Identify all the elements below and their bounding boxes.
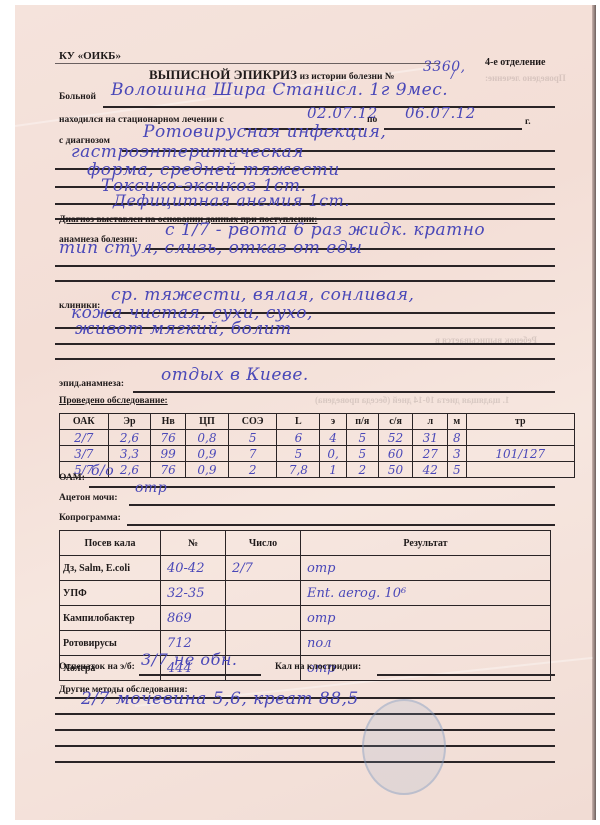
epid-rule <box>133 391 555 393</box>
culture-cell-result: пол <box>301 631 551 656</box>
blood-test-cell: 27 <box>413 446 448 462</box>
department-label: 4-е отделение <box>485 57 545 68</box>
blood-test-cell: 0,9 <box>186 462 229 478</box>
blood-test-column-header: СОЭ <box>228 414 277 430</box>
blood-test-column-header: п/я <box>346 414 378 430</box>
culture-column-header: Результат <box>301 531 551 556</box>
culture-cell-num: 869 <box>161 606 226 631</box>
other-methods-rule <box>55 745 555 747</box>
blood-test-column-header: ОАК <box>60 414 109 430</box>
blood-test-cell: 0, <box>320 446 347 462</box>
culture-cell-result: отр <box>301 606 551 631</box>
blood-test-column-header: л <box>413 414 448 430</box>
blood-test-cell: 2 <box>228 462 277 478</box>
bleed-through-text: 1. щадящая диета 10-14 дней (беседа пров… <box>315 395 509 405</box>
blood-test-cell: 0,8 <box>186 430 229 446</box>
blood-test-cell: 31 <box>413 430 448 446</box>
blood-test-column-header: м <box>448 414 466 430</box>
other-methods-rule <box>55 761 555 763</box>
blood-test-cell: 5 <box>346 446 378 462</box>
blood-test-cell: 2,6 <box>108 430 151 446</box>
clinic-rule <box>55 343 555 345</box>
blood-test-column-header: ЦП <box>186 414 229 430</box>
imprint-value: 3/7 не обн. <box>141 650 237 669</box>
stool-culture-table: Посев кала№ЧислоРезультат Дз, Salm, E.co… <box>59 530 551 681</box>
bleed-through-text: Проведено лечение: <box>485 73 566 83</box>
anamnesis-rule <box>55 280 555 282</box>
blood-test-cell: 3,3 <box>108 446 151 462</box>
blood-test-cell: 5 <box>228 430 277 446</box>
culture-row: Кампилобактер869отр <box>60 606 551 631</box>
blood-test-cell: 60 <box>378 446 413 462</box>
blood-test-cell: 2,6 <box>108 462 151 478</box>
culture-cell-date <box>226 581 301 606</box>
culture-cell-name: Кампилобактер <box>60 606 161 631</box>
other-methods-rule <box>55 729 555 731</box>
blood-test-cell: 99 <box>151 446 186 462</box>
blood-test-column-header: тр <box>466 414 574 430</box>
anamnesis-line: тип стул, слизь, отказ от еды <box>59 238 362 258</box>
acetone-rule <box>129 504 555 506</box>
blood-test-column-header: с/я <box>378 414 413 430</box>
blood-test-cell: 3/7 <box>60 446 109 462</box>
blood-test-cell: 5 <box>277 446 320 462</box>
acetone-value: отр <box>135 480 167 496</box>
culture-cell-date: 2/7 <box>226 556 301 581</box>
blood-test-cell: 6 <box>277 430 320 446</box>
blood-test-cell: 2/7 <box>60 430 109 446</box>
header-divider <box>55 63 440 64</box>
blood-test-cell: 7 <box>228 446 277 462</box>
oam-value: б/о <box>91 463 114 479</box>
clostridia-rule <box>377 674 555 676</box>
history-number: 3360, <box>423 59 466 75</box>
diagnosis-line: гастроэнтеритическая <box>71 142 304 162</box>
blood-test-column-header: э <box>320 414 347 430</box>
patient-label: Больной <box>59 92 96 102</box>
imprint-rule <box>139 674 261 676</box>
blood-test-column-header: L <box>277 414 320 430</box>
culture-row: УПФ32-35Ent. aerog. 10⁶ <box>60 581 551 606</box>
blood-test-cell <box>466 430 574 446</box>
diagnosis-line: Дефицитная анемия 1ст. <box>113 191 350 210</box>
diagnosis-line: Ротовирусная инфекция, <box>143 122 386 142</box>
epid-label: эпид.анамнеза: <box>59 379 124 389</box>
year-suffix: г. <box>525 117 531 127</box>
culture-column-header: Посев кала <box>60 531 161 556</box>
patient-name: Волошина Шира Станисл. 1г 9мес. <box>111 80 448 100</box>
culture-cell-num: 32-35 <box>161 581 226 606</box>
anamnesis-rule <box>55 265 555 267</box>
culture-cell-result: Ent. aerog. 10⁶ <box>301 581 551 606</box>
blood-test-cell: 4 <box>320 430 347 446</box>
other-methods-line: 2/7 мочевина 5,6, креат 88,5 <box>81 689 359 709</box>
blood-test-cell: 52 <box>378 430 413 446</box>
anamnesis-line: с 1/7 - рвота 6 раз жидк. кратно <box>165 220 485 240</box>
blood-test-table: ОАКЭрНвЦПСОЭLэп/яс/ялмтр 2/72,6760,85645… <box>59 413 575 478</box>
blood-test-row: 2/72,6760,8564552318 <box>60 430 575 446</box>
document-page: Проведено лечение: Ребенок выписывается … <box>15 5 596 820</box>
blood-test-cell: 101/127 <box>466 446 574 462</box>
institution-name: КУ «ОИКБ» <box>59 50 121 62</box>
other-methods-rule <box>55 713 555 715</box>
blood-test-cell: 42 <box>413 462 448 478</box>
blood-test-column-header: Эр <box>108 414 151 430</box>
blood-test-cell: 5 <box>448 462 466 478</box>
blood-test-cell: 0,9 <box>186 446 229 462</box>
culture-column-header: Число <box>226 531 301 556</box>
imprint-label: Отпечаток на э/б: <box>59 662 135 672</box>
clinic-rule <box>55 358 555 360</box>
culture-row: Ротовирусы712пол <box>60 631 551 656</box>
epid-value: отдых в Киеве. <box>161 365 309 385</box>
blood-test-cell: 2 <box>346 462 378 478</box>
clinic-line: ср. тяжести, вялая, сонливая, <box>111 285 414 305</box>
culture-row: Дз, Salm, E.coli40-422/7отр <box>60 556 551 581</box>
history-number-slash: / <box>451 67 456 81</box>
blood-test-cell: 1 <box>320 462 347 478</box>
acetone-label: Ацетон мочи: <box>59 493 118 503</box>
blood-test-cell: 76 <box>151 430 186 446</box>
blood-test-row: 5/72,6760,927,81250425 <box>60 462 575 478</box>
blood-test-cell: 8 <box>448 430 466 446</box>
date-to-line <box>384 128 522 130</box>
coprogram-rule <box>127 524 555 526</box>
blood-test-column-header: Нв <box>151 414 186 430</box>
exam-heading: Проведено обследование: <box>59 396 168 406</box>
paper-edge <box>592 5 596 820</box>
oam-label: ОАМ: <box>59 473 85 483</box>
blood-test-cell: 7,8 <box>277 462 320 478</box>
blood-test-row: 3/73,3990,9750,560273101/127 <box>60 446 575 462</box>
culture-cell-name: УПФ <box>60 581 161 606</box>
blood-test-cell: 76 <box>151 462 186 478</box>
clinic-line: живот мягкий, болит <box>75 319 292 339</box>
date-to: 06.07.12 <box>405 104 476 122</box>
blood-test-cell: 5 <box>346 430 378 446</box>
culture-cell-num: 40-42 <box>161 556 226 581</box>
faded-stamp <box>362 699 446 795</box>
coprogram-label: Копрограмма: <box>59 513 121 523</box>
culture-cell-result: отр <box>301 556 551 581</box>
blood-test-cell: 50 <box>378 462 413 478</box>
blood-test-cell <box>466 462 574 478</box>
culture-cell-name: Дз, Salm, E.coli <box>60 556 161 581</box>
culture-column-header: № <box>161 531 226 556</box>
culture-cell-date <box>226 606 301 631</box>
clostridia-label: Кал на клостридии: <box>275 662 361 672</box>
blood-test-cell: 3 <box>448 446 466 462</box>
